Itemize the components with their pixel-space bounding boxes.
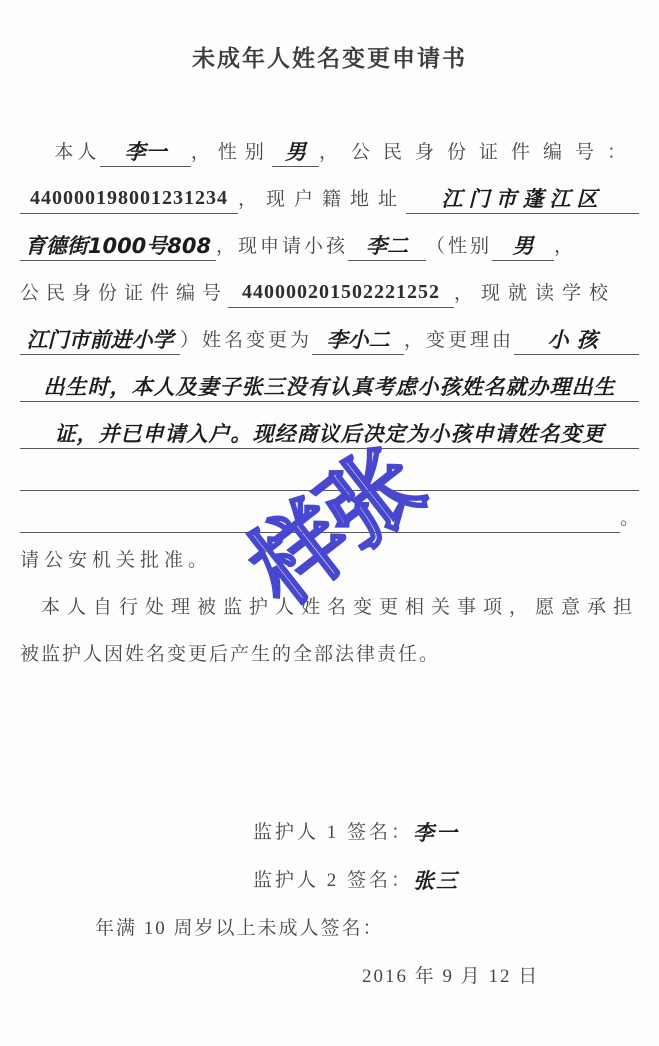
line-child-id: 公民身份证件编号440000201502221252，现就读学校 (20, 261, 639, 308)
field-address-line2: 育德街1000号808 (20, 235, 216, 261)
field-address-line1: 江门市蓬江区 (406, 188, 639, 214)
field-blank-line1 (20, 488, 639, 491)
label-current-address: ，现户籍地址 (238, 188, 406, 214)
label-gender: ，性别 (191, 141, 272, 167)
field-reason-start: 小孩 (514, 329, 639, 355)
para-indent (20, 620, 41, 622)
line-liability-2: 被监护人因姓名变更后产生的全部法律责任。 (20, 622, 639, 669)
line-id-address: 440000198001231234，现户籍地址江门市蓬江区 (20, 167, 639, 214)
label-request-approval: 请公安机关批准。 (20, 549, 212, 575)
form-body: 本人李一，性别男，公民身份证件编号：440000198001231234，现户籍… (0, 120, 659, 991)
document-title: 未成年人姓名变更申请书 (0, 42, 659, 76)
label-guardian1-sign: 监护人 1 签名： (253, 821, 413, 847)
field-applicant-id: 440000198001231234 (20, 186, 238, 214)
line-date: 2016 年 9 月 12 日 (362, 943, 639, 991)
label-school: ，现就读学校 (454, 282, 616, 308)
field-applicant-gender: 男 (272, 141, 319, 167)
line-reason-3: 证，并已申请入户。现经商议后决定为小孩申请姓名变更 (20, 402, 639, 449)
line-blank-1 (20, 449, 639, 491)
sig-guardian1: 李一 (413, 822, 459, 847)
line-guardian2-signature: 监护人 2 签名：张三 (253, 847, 639, 895)
field-blank-line2 (20, 530, 620, 533)
label-apply-child: ，现申请小孩 (216, 235, 348, 261)
line-address-child: 育德街1000号808，现申请小孩李二（性别男， (20, 214, 639, 261)
line-school-newname: 江门市前进小学）姓名变更为李小二，变更理由小孩 (20, 308, 639, 355)
name-change-application-document: 未成年人姓名变更申请书 本人李一，性别男，公民身份证件编号：4400001980… (0, 0, 659, 1046)
sig-guardian2: 张三 (413, 870, 459, 895)
field-child-gender: 男 (492, 235, 554, 261)
punct-comma: ， (554, 235, 573, 261)
field-new-name: 李小二 (312, 329, 404, 355)
punct-period: 。 (620, 507, 639, 533)
line-request-approval: 请公安机关批准。 (20, 533, 639, 575)
line-liability-1: 本人自行处理被监护人姓名变更相关事项，愿意承担 (20, 575, 639, 622)
date-value: 2016 年 9 月 12 日 (362, 965, 539, 991)
label-id-number: ，公民身份证件编号： (319, 141, 639, 167)
label-minor-sign: 年满 10 周岁以上未成人签名： (95, 917, 384, 943)
line-guardian1-signature: 监护人 1 签名：李一 (253, 799, 639, 847)
line-minor-signature: 年满 10 周岁以上未成人签名： (95, 895, 639, 943)
text-liability-1: 本人自行处理被监护人姓名变更相关事项，愿意承担 (41, 596, 639, 622)
line-reason-2: 出生时，本人及妻子张三没有认真考虑小孩姓名就办理出生 (20, 355, 639, 402)
field-child-name: 李二 (348, 235, 426, 261)
field-applicant-name: 李一 (100, 141, 191, 167)
first-line-indent (20, 165, 54, 167)
label-change-to: ）姓名变更为 (180, 329, 312, 355)
line-applicant: 本人李一，性别男，公民身份证件编号： (20, 120, 639, 167)
field-child-id: 440000201502221252 (228, 280, 454, 308)
field-reason-line3: 证，并已申请入户。现经商议后决定为小孩申请姓名变更 (20, 423, 639, 449)
field-school-name: 江门市前进小学 (20, 329, 180, 355)
label-applicant: 本人 (54, 141, 100, 167)
label-child-gender: （性别 (426, 235, 492, 261)
label-reason: ，变更理由 (404, 329, 514, 355)
label-child-id: 公民身份证件编号 (20, 282, 228, 308)
field-reason-line2: 出生时，本人及妻子张三没有认真考虑小孩姓名就办理出生 (20, 376, 639, 402)
label-guardian2-sign: 监护人 2 签名： (253, 869, 413, 895)
signature-spacer (20, 669, 639, 799)
text-liability-2: 被监护人因姓名变更后产生的全部法律责任。 (20, 643, 440, 669)
line-blank-2: 。 (20, 491, 639, 533)
